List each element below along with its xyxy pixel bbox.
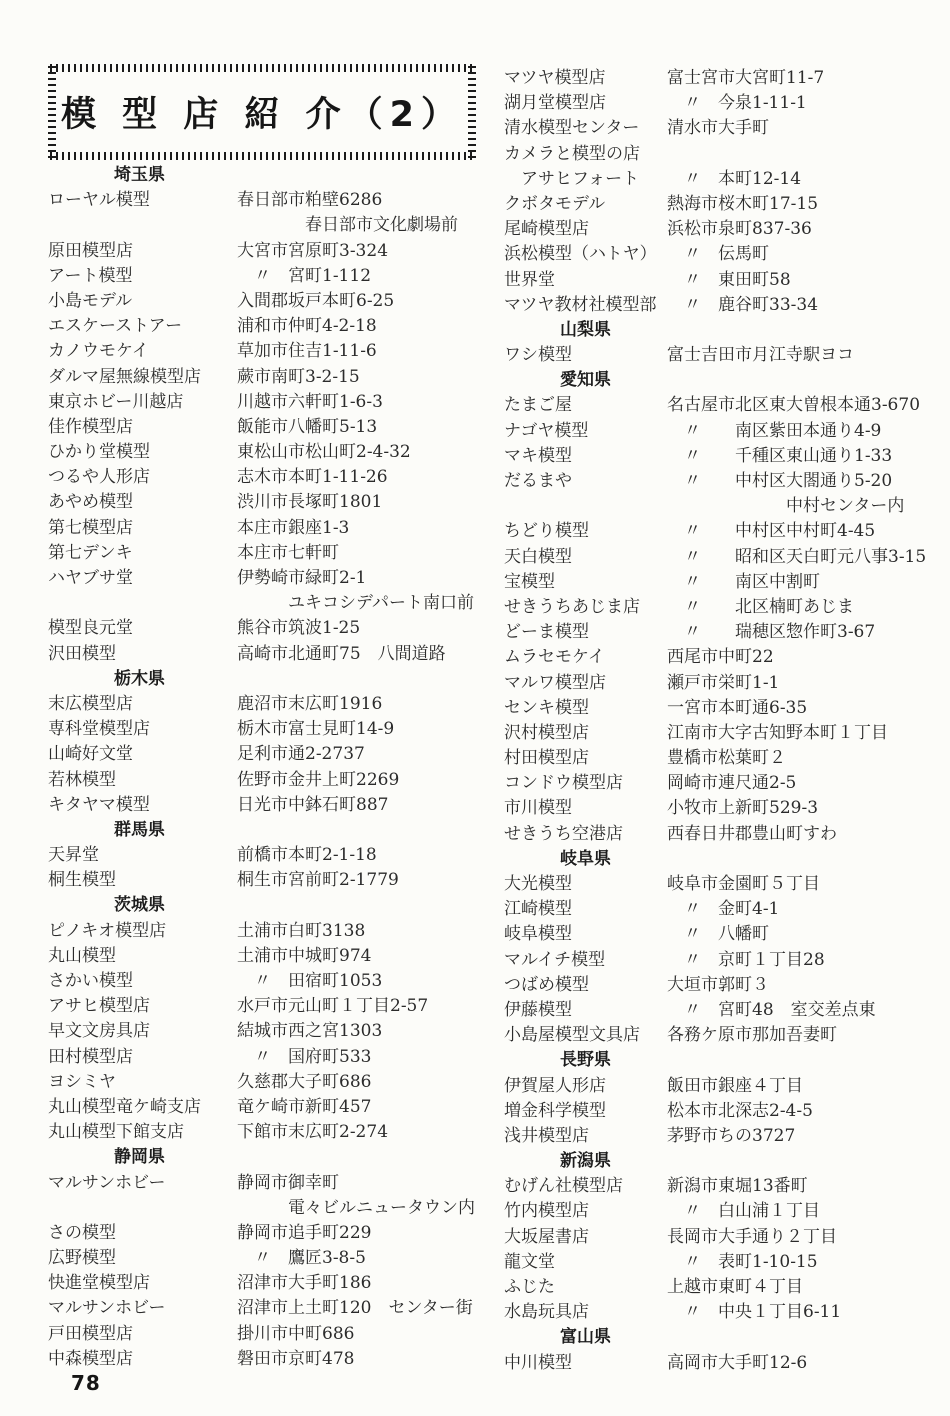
prefecture-header: 静岡県 [48, 1145, 478, 1170]
shop-address: 久慈郡大子町686 [237, 1070, 478, 1095]
directory-row: 増金科学模型松本市北深志2-4-5 [504, 1099, 946, 1124]
shop-address: 土浦市中城町974 [237, 944, 478, 969]
directory-row: せきうち空港店西春日井郡豊山町すわ [504, 822, 946, 847]
shop-name: 竹内模型店 [504, 1199, 667, 1224]
directory-row: 山崎好文堂足利市通2-2737 [48, 742, 478, 767]
shop-name: 大坂屋書店 [504, 1225, 667, 1250]
directory-row: ふじた上越市東町４丁目 [504, 1275, 946, 1300]
directory-row: 末広模型店鹿沼市末広町1916 [48, 692, 478, 717]
directory-row: 原田模型店大宮市宮原町3-324 [48, 239, 478, 264]
shop-address: 浦和市仲町4-2-18 [237, 314, 478, 339]
directory-row: 小島屋模型文具店各務ケ原市那加吾妻町 [504, 1023, 946, 1048]
prefecture-header: 群馬県 [48, 818, 478, 843]
shop-address: 東松山市松山町2-4-32 [237, 440, 478, 465]
shop-name: つるや人形店 [48, 465, 237, 490]
directory-row: 天昇堂前橋市本町2-1-18 [48, 843, 478, 868]
directory-row: 大坂屋書店長岡市大手通り２丁目 [504, 1225, 946, 1250]
shop-address: 岡崎市連尺通2-5 [667, 771, 946, 796]
shop-address: 桐生市宮前町2-1779 [237, 868, 478, 893]
shop-name: 広野模型 [48, 1246, 237, 1271]
directory-row: ハヤブサ堂伊勢崎市緑町2-1 [48, 566, 478, 591]
shop-name: 早文文房具店 [48, 1019, 237, 1044]
directory-row: 中川模型高岡市大手町12-6 [504, 1351, 946, 1376]
directory-row: ひかり堂模型東松山市松山町2-4-32 [48, 440, 478, 465]
shop-address: 〃 表町1-10-15 [667, 1250, 946, 1275]
directory-row: マルワ模型店瀬戸市栄町1-1 [504, 671, 946, 696]
shop-name: マルサンホビー [48, 1171, 237, 1196]
shop-address: 本庄市七軒町 [237, 541, 478, 566]
shop-name: アサヒフォート [504, 167, 667, 192]
shop-note: 電々ビルニュータウン内 [237, 1196, 478, 1221]
directory-row: 尾崎模型店浜松市泉町837-36 [504, 217, 946, 242]
shop-name: どーま模型 [504, 620, 667, 645]
directory-row: 田村模型店 〃 国府町533 [48, 1045, 478, 1070]
directory-column-left: 埼玉県ローヤル模型春日部市粕壁6286 春日部市文化劇場前原田模型店大宮市宮原町… [48, 163, 478, 1372]
shop-address: 渋川市長塚町1801 [237, 490, 478, 515]
spacer [48, 591, 237, 616]
shop-address: 蕨市南町3-2-15 [237, 365, 478, 390]
directory-row: 丸山模型土浦市中城町974 [48, 944, 478, 969]
shop-name: 小島屋模型文具店 [504, 1023, 667, 1048]
shop-name: ローヤル模型 [48, 188, 237, 213]
shop-address: 静岡市追手町229 [237, 1221, 478, 1246]
directory-row: センキ模型一宮市本町通6-35 [504, 696, 946, 721]
directory-row: つばめ模型大垣市郭町３ [504, 973, 946, 998]
shop-name: 末広模型店 [48, 692, 237, 717]
directory-row: アート模型 〃 宮町1-112 [48, 264, 478, 289]
shop-name: 桐生模型 [48, 868, 237, 893]
shop-address: 〃 八幡町 [667, 922, 946, 947]
shop-name: カメラと模型の店 [504, 142, 667, 167]
shop-address: 志木市本町1-11-26 [237, 465, 478, 490]
directory-row: ローヤル模型春日部市粕壁6286 [48, 188, 478, 213]
shop-address: 飯能市八幡町5-13 [237, 415, 478, 440]
prefecture-header: 愛知県 [504, 368, 946, 393]
shop-name: たまご屋 [504, 393, 667, 418]
spacer [48, 1196, 237, 1221]
shop-name: ちどり模型 [504, 519, 667, 544]
shop-address: 富士宮市大宮町11-7 [667, 66, 946, 91]
shop-address: 松本市北深志2-4-5 [667, 1099, 946, 1124]
shop-address: 富士吉田市月江寺駅ヨコ [667, 343, 946, 368]
directory-row: むげん社模型店新潟市東堀13番町 [504, 1174, 946, 1199]
shop-name: 沢田模型 [48, 642, 237, 667]
shop-name: だるまや [504, 469, 667, 494]
directory-row: アサヒ模型店水戸市元山町１丁目2-57 [48, 994, 478, 1019]
shop-name: マツヤ模型店 [504, 66, 667, 91]
shop-name: せきうち空港店 [504, 822, 667, 847]
shop-address: 名古屋市北区東大曽根本通3-670 [667, 393, 946, 418]
directory-row: カノウモケイ草加市住吉1-11-6 [48, 339, 478, 364]
directory-row: マルサンホビー静岡市御幸町 [48, 1171, 478, 1196]
shop-address: 〃 瑞穂区惣作町3-67 [667, 620, 946, 645]
directory-row: エスケーストアー浦和市仲町4-2-18 [48, 314, 478, 339]
shop-note: 中村センター内 [667, 494, 946, 519]
shop-name: ヨシミヤ [48, 1070, 237, 1095]
directory-row: だるまや 〃 中村区大閤通り5-20 [504, 469, 946, 494]
directory-row: 早文文房具店結城市西之宮1303 [48, 1019, 478, 1044]
shop-address: 飯田市銀座４丁目 [667, 1074, 946, 1099]
directory-row: ちどり模型 〃 中村区中村町4-45 [504, 519, 946, 544]
shop-name: 中川模型 [504, 1351, 667, 1376]
directory-row: 若林模型佐野市金井上町2269 [48, 768, 478, 793]
shop-name: さの模型 [48, 1221, 237, 1246]
shop-address: 日光市中鉢石町887 [237, 793, 478, 818]
spacer [504, 494, 667, 519]
shop-name: アサヒ模型店 [48, 994, 237, 1019]
shop-address: 〃 今泉1-11-1 [667, 91, 946, 116]
shop-name: エスケーストアー [48, 314, 237, 339]
prefecture-header: 栃木県 [48, 667, 478, 692]
shop-address: 佐野市金井上町2269 [237, 768, 478, 793]
shop-address: 高岡市大手町12-6 [667, 1351, 946, 1376]
shop-address: 鹿沼市末広町1916 [237, 692, 478, 717]
shop-address: 土浦市白町3138 [237, 919, 478, 944]
prefecture-header: 茨城県 [48, 893, 478, 918]
shop-name: 丸山模型竜ケ崎支店 [48, 1095, 237, 1120]
directory-column-right: マツヤ模型店富士宮市大宮町11-7湖月堂模型店 〃 今泉1-11-1清水模型セン… [504, 66, 946, 1376]
directory-row: どーま模型 〃 瑞穂区惣作町3-67 [504, 620, 946, 645]
directory-row: ワシ模型富士吉田市月江寺駅ヨコ [504, 343, 946, 368]
directory-row: 広野模型 〃 鷹匠3-8-5 [48, 1246, 478, 1271]
shop-address: 〃 鹿谷町33-34 [667, 293, 946, 318]
directory-row: 中森模型店磐田市京町478 [48, 1347, 478, 1372]
prefecture-header: 新潟県 [504, 1149, 946, 1174]
shop-name: 浅井模型店 [504, 1124, 667, 1149]
shop-name: 模型良元堂 [48, 616, 237, 641]
shop-name: 田村模型店 [48, 1045, 237, 1070]
directory-row: 浜松模型（ハトヤ） 〃 伝馬町 [504, 242, 946, 267]
directory-row: つるや人形店志木市本町1-11-26 [48, 465, 478, 490]
directory-row: 専科堂模型店栃木市富士見町14-9 [48, 717, 478, 742]
spacer [48, 213, 237, 238]
shop-name: マツヤ教材社模型部 [504, 293, 667, 318]
prefecture-header: 山梨県 [504, 318, 946, 343]
shop-name: 第七デンキ [48, 541, 237, 566]
shop-address: 高崎市北通町75 八間道路 [237, 642, 478, 667]
shop-address: 〃 宮町48 室交差点東 [667, 998, 946, 1023]
shop-address: 静岡市御幸町 [237, 1171, 478, 1196]
directory-row: マルイチ模型 〃 京町１丁目28 [504, 948, 946, 973]
directory-row: 伊賀屋人形店飯田市銀座４丁目 [504, 1074, 946, 1099]
shop-address: 伊勢崎市緑町2-1 [237, 566, 478, 591]
directory-row: 湖月堂模型店 〃 今泉1-11-1 [504, 91, 946, 116]
shop-name: 戸田模型店 [48, 1322, 237, 1347]
directory-row-note: 中村センター内 [504, 494, 946, 519]
shop-name: 専科堂模型店 [48, 717, 237, 742]
shop-address: 〃 田宿町1053 [237, 969, 478, 994]
shop-address: 〃 宮町1-112 [237, 264, 478, 289]
directory-row: カメラと模型の店 [504, 142, 946, 167]
directory-row-note: ユキコシデパート南口前 [48, 591, 478, 616]
shop-name: 岐阜模型 [504, 922, 667, 947]
directory-row: 小島モデル入間郡坂戸本町6-25 [48, 289, 478, 314]
directory-row: 丸山模型竜ケ崎支店竜ケ崎市新町457 [48, 1095, 478, 1120]
page-title: 模 型 店 紹 介（2） [54, 70, 470, 154]
directory-row: 宝模型 〃 南区中割町 [504, 570, 946, 595]
directory-row: 東京ホビー川越店川越市六軒町1-6-3 [48, 390, 478, 415]
directory-row: ダルマ屋無線模型店蕨市南町3-2-15 [48, 365, 478, 390]
directory-row: 天白模型 〃 昭和区天白町元八事3-15 [504, 545, 946, 570]
directory-row: せきうちあじま店 〃 北区楠町あじま [504, 595, 946, 620]
shop-address: 本庄市銀座1-3 [237, 516, 478, 541]
shop-address: 〃 鷹匠3-8-5 [237, 1246, 478, 1271]
directory-row: たまご屋名古屋市北区東大曽根本通3-670 [504, 393, 946, 418]
prefecture-header: 埼玉県 [48, 163, 478, 188]
shop-name: ピノキオ模型店 [48, 919, 237, 944]
shop-address: 小牧市上新町529-3 [667, 796, 946, 821]
shop-name: せきうちあじま店 [504, 595, 667, 620]
prefecture-header: 長野県 [504, 1048, 946, 1073]
shop-name: 龍文堂 [504, 1250, 667, 1275]
title-box: 模 型 店 紹 介（2） [54, 70, 470, 154]
shop-name: 天昇堂 [48, 843, 237, 868]
shop-address: 〃 北区楠町あじま [667, 595, 946, 620]
shop-name: センキ模型 [504, 696, 667, 721]
directory-row: アサヒフォート 〃 本町12-14 [504, 167, 946, 192]
shop-address: 長岡市大手通り２丁目 [667, 1225, 946, 1250]
shop-address: 上越市東町４丁目 [667, 1275, 946, 1300]
shop-address: 〃 南区中割町 [667, 570, 946, 595]
directory-row: 清水模型センター清水市大手町 [504, 116, 946, 141]
directory-row: 浅井模型店茅野市ちの3727 [504, 1124, 946, 1149]
shop-address: 各務ケ原市那加吾妻町 [667, 1023, 946, 1048]
shop-name: 小島モデル [48, 289, 237, 314]
shop-address: 西春日井郡豊山町すわ [667, 822, 946, 847]
shop-address: 〃 白山浦１丁目 [667, 1199, 946, 1224]
directory-row: さの模型静岡市追手町229 [48, 1221, 478, 1246]
shop-address: 〃 中央１丁目6-11 [667, 1300, 946, 1325]
shop-name: 大光模型 [504, 872, 667, 897]
page-number: 78 [71, 1371, 101, 1395]
shop-address: 熱海市桜木町17-15 [667, 192, 946, 217]
shop-name: つばめ模型 [504, 973, 667, 998]
directory-row: 大光模型岐阜市金園町５丁目 [504, 872, 946, 897]
magazine-page: 模 型 店 紹 介（2） 埼玉県ローヤル模型春日部市粕壁6286 春日部市文化劇… [0, 0, 950, 1416]
directory-row: 第七デンキ本庄市七軒町 [48, 541, 478, 566]
shop-name: むげん社模型店 [504, 1174, 667, 1199]
shop-address: 栃木市富士見町14-9 [237, 717, 478, 742]
shop-name: 増金科学模型 [504, 1099, 667, 1124]
shop-name: マルワ模型店 [504, 671, 667, 696]
shop-name: 第七模型店 [48, 516, 237, 541]
shop-address: 一宮市本町通6-35 [667, 696, 946, 721]
shop-name: 佳作模型店 [48, 415, 237, 440]
directory-row: マツヤ模型店富士宮市大宮町11-7 [504, 66, 946, 91]
shop-name: コンドウ模型店 [504, 771, 667, 796]
shop-address: 瀬戸市栄町1-1 [667, 671, 946, 696]
directory-row: 岐阜模型 〃 八幡町 [504, 922, 946, 947]
shop-address: 入間郡坂戸本町6-25 [237, 289, 478, 314]
directory-row: 桐生模型桐生市宮前町2-1779 [48, 868, 478, 893]
shop-address: 新潟市東堀13番町 [667, 1174, 946, 1199]
shop-address: 掛川市中町686 [237, 1322, 478, 1347]
shop-name: 市川模型 [504, 796, 667, 821]
directory-row: マツヤ教材社模型部 〃 鹿谷町33-34 [504, 293, 946, 318]
shop-address: 〃 南区紫田本通り4-9 [667, 419, 946, 444]
shop-address: 前橋市本町2-1-18 [237, 843, 478, 868]
directory-row: 村田模型店豊橋市松葉町２ [504, 746, 946, 771]
directory-row: ナゴヤ模型 〃 南区紫田本通り4-9 [504, 419, 946, 444]
shop-name: ふじた [504, 1275, 667, 1300]
directory-row: あやめ模型渋川市長塚町1801 [48, 490, 478, 515]
shop-address: 西尾市中町22 [667, 645, 946, 670]
shop-address: 〃 金町4-1 [667, 897, 946, 922]
shop-name: マルサンホビー [48, 1296, 237, 1321]
shop-name: 若林模型 [48, 768, 237, 793]
shop-address: 熊谷市筑波1-25 [237, 616, 478, 641]
directory-row: 戸田模型店掛川市中町686 [48, 1322, 478, 1347]
directory-row: マルサンホビー沼津市上土町120 センター街 [48, 1296, 478, 1321]
prefecture-header: 富山県 [504, 1325, 946, 1350]
shop-name: マルイチ模型 [504, 948, 667, 973]
shop-name: あやめ模型 [48, 490, 237, 515]
directory-row: ヨシミヤ久慈郡大子町686 [48, 1070, 478, 1095]
directory-row: ムラセモケイ西尾市中町22 [504, 645, 946, 670]
shop-address: 浜松市泉町837-36 [667, 217, 946, 242]
shop-name: マキ模型 [504, 444, 667, 469]
shop-address: 春日部市粕壁6286 [237, 188, 478, 213]
directory-row: 第七模型店本庄市銀座1-3 [48, 516, 478, 541]
shop-address: 大宮市宮原町3-324 [237, 239, 478, 264]
directory-row: 丸山模型下館支店下館市末広町2-274 [48, 1120, 478, 1145]
shop-name: 沢村模型店 [504, 721, 667, 746]
shop-address: 足利市通2-2737 [237, 742, 478, 767]
directory-row: キタヤマ模型日光市中鉢石町887 [48, 793, 478, 818]
shop-address: 〃 昭和区天白町元八事3-15 [667, 545, 946, 570]
shop-name: 天白模型 [504, 545, 667, 570]
shop-address: 磐田市京町478 [237, 1347, 478, 1372]
shop-address: 大垣市郭町３ [667, 973, 946, 998]
shop-name: 尾崎模型店 [504, 217, 667, 242]
shop-address [667, 142, 946, 167]
directory-row: 快進堂模型店沼津市大手町186 [48, 1271, 478, 1296]
shop-name: 丸山模型下館支店 [48, 1120, 237, 1145]
shop-address: 茅野市ちの3727 [667, 1124, 946, 1149]
shop-name: 山崎好文堂 [48, 742, 237, 767]
shop-address: 〃 千種区東山通り1-33 [667, 444, 946, 469]
directory-row: さかい模型 〃 田宿町1053 [48, 969, 478, 994]
shop-name: 湖月堂模型店 [504, 91, 667, 116]
shop-address: 川越市六軒町1-6-3 [237, 390, 478, 415]
shop-name: 江崎模型 [504, 897, 667, 922]
shop-address: 結城市西之宮1303 [237, 1019, 478, 1044]
shop-name: ハヤブサ堂 [48, 566, 237, 591]
shop-address: 竜ケ崎市新町457 [237, 1095, 478, 1120]
directory-row: 龍文堂 〃 表町1-10-15 [504, 1250, 946, 1275]
directory-row: 模型良元堂熊谷市筑波1-25 [48, 616, 478, 641]
directory-row: 水島玩具店 〃 中央１丁目6-11 [504, 1300, 946, 1325]
shop-name: 中森模型店 [48, 1347, 237, 1372]
shop-name: 浜松模型（ハトヤ） [504, 242, 667, 267]
directory-row: マキ模型 〃 千種区東山通り1-33 [504, 444, 946, 469]
shop-address: 〃 中村区大閤通り5-20 [667, 469, 946, 494]
shop-address: 〃 伝馬町 [667, 242, 946, 267]
shop-name: 原田模型店 [48, 239, 237, 264]
shop-name: 村田模型店 [504, 746, 667, 771]
shop-name: アート模型 [48, 264, 237, 289]
directory-row: 伊藤模型 〃 宮町48 室交差点東 [504, 998, 946, 1023]
shop-name: 水島玩具店 [504, 1300, 667, 1325]
directory-row: 世界堂 〃 東田町58 [504, 268, 946, 293]
shop-name: 世界堂 [504, 268, 667, 293]
prefecture-header: 岐阜県 [504, 847, 946, 872]
shop-address: 〃 東田町58 [667, 268, 946, 293]
shop-name: 伊賀屋人形店 [504, 1074, 667, 1099]
shop-address: 江南市大字古知野本町１丁目 [667, 721, 946, 746]
shop-name: 清水模型センター [504, 116, 667, 141]
directory-row: 江崎模型 〃 金町4-1 [504, 897, 946, 922]
shop-name: キタヤマ模型 [48, 793, 237, 818]
shop-note: ユキコシデパート南口前 [237, 591, 478, 616]
shop-name: 宝模型 [504, 570, 667, 595]
shop-address: 岐阜市金園町５丁目 [667, 872, 946, 897]
shop-address: 沼津市上土町120 センター街 [237, 1296, 478, 1321]
shop-note: 春日部市文化劇場前 [237, 213, 478, 238]
directory-row: 市川模型小牧市上新町529-3 [504, 796, 946, 821]
shop-address: 〃 本町12-14 [667, 167, 946, 192]
directory-row: ピノキオ模型店土浦市白町3138 [48, 919, 478, 944]
shop-address: 水戸市元山町１丁目2-57 [237, 994, 478, 1019]
directory-row: 佳作模型店飯能市八幡町5-13 [48, 415, 478, 440]
shop-name: ワシ模型 [504, 343, 667, 368]
directory-row-note: 春日部市文化劇場前 [48, 213, 478, 238]
directory-row: コンドウ模型店岡崎市連尺通2-5 [504, 771, 946, 796]
shop-name: ダルマ屋無線模型店 [48, 365, 237, 390]
shop-name: 伊藤模型 [504, 998, 667, 1023]
shop-name: クボタモデル [504, 192, 667, 217]
shop-address: 草加市住吉1-11-6 [237, 339, 478, 364]
shop-name: ひかり堂模型 [48, 440, 237, 465]
shop-address: 清水市大手町 [667, 116, 946, 141]
shop-address: 沼津市大手町186 [237, 1271, 478, 1296]
shop-address: 〃 中村区中村町4-45 [667, 519, 946, 544]
directory-row: 沢村模型店江南市大字古知野本町１丁目 [504, 721, 946, 746]
shop-name: ナゴヤ模型 [504, 419, 667, 444]
directory-row: クボタモデル熱海市桜木町17-15 [504, 192, 946, 217]
shop-address: 〃 京町１丁目28 [667, 948, 946, 973]
directory-row-note: 電々ビルニュータウン内 [48, 1196, 478, 1221]
directory-row: 沢田模型高崎市北通町75 八間道路 [48, 642, 478, 667]
shop-name: カノウモケイ [48, 339, 237, 364]
shop-name: 丸山模型 [48, 944, 237, 969]
shop-name: ムラセモケイ [504, 645, 667, 670]
shop-name: 快進堂模型店 [48, 1271, 237, 1296]
directory-row: 竹内模型店 〃 白山浦１丁目 [504, 1199, 946, 1224]
shop-address: 〃 国府町533 [237, 1045, 478, 1070]
shop-address: 豊橋市松葉町２ [667, 746, 946, 771]
shop-name: さかい模型 [48, 969, 237, 994]
shop-name: 東京ホビー川越店 [48, 390, 237, 415]
shop-address: 下館市末広町2-274 [237, 1120, 478, 1145]
